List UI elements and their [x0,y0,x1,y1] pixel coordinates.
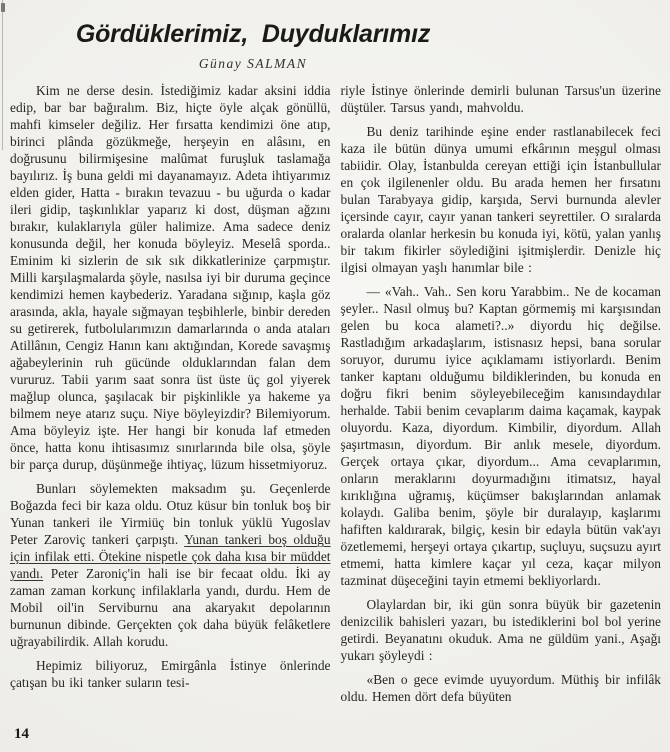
paragraph: riyle İstinye önlerinde demirli bulunan … [341,82,662,116]
left-column: Kim ne derse desin. İstediğimiz kadar ak… [10,82,331,730]
paragraph-text: riyle İstinye önlerinde demirli bulunan … [341,83,662,115]
paragraph: Kim ne derse desin. İstediğimiz kadar ak… [10,82,331,473]
article-header: Gördüklerimiz, Duyduklarımız Günay SALMA… [10,20,496,72]
quote-paragraph: — «Vah.. Vah.. Sen koru Yarabbim.. Ne de… [341,283,662,589]
article-byline: Günay SALMAN [10,56,496,72]
paragraph-text: «Ben o gece evimde uyuyordum. Müthiş bir… [341,672,662,704]
paragraph-text: Hepimiz biliyoruz, Emirgânla İstinye önl… [10,658,331,690]
paragraph-text: Bu deniz tarihinde eşine ender rastlanab… [341,124,662,275]
paragraph: Bunları söylemekten maksadım şu. Geçenle… [10,480,331,650]
quote-paragraph: «Ben o gece evimde uyuyordum. Müthiş bir… [341,671,662,705]
article-body: Kim ne derse desin. İstediğimiz kadar ak… [10,82,661,730]
paragraph-text: — «Vah.. Vah.. Sen koru Yarabbim.. Ne de… [341,284,662,588]
magazine-page: Gördüklerimiz, Duyduklarımız Günay SALMA… [0,0,670,752]
paragraph: Hepimiz biliyoruz, Emirgânla İstinye önl… [10,657,331,691]
right-column: riyle İstinye önlerinde demirli bulunan … [341,82,662,730]
scan-artifact-line [2,0,3,150]
paragraph-text: Kim ne derse desin. İstediğimiz kadar ak… [10,83,331,472]
article-title: Gördüklerimiz, Duyduklarımız [10,20,496,49]
page-number: 14 [14,726,29,743]
paragraph-text: Peter Zaroniç'in hali ise bir fecaat old… [10,566,331,649]
paragraph: Olaylardan bir, iki gün sonra büyük bir … [341,596,662,664]
paragraph: Bu deniz tarihinde eşine ender rastlanab… [341,123,662,276]
paragraph-text: Olaylardan bir, iki gün sonra büyük bir … [341,597,662,663]
